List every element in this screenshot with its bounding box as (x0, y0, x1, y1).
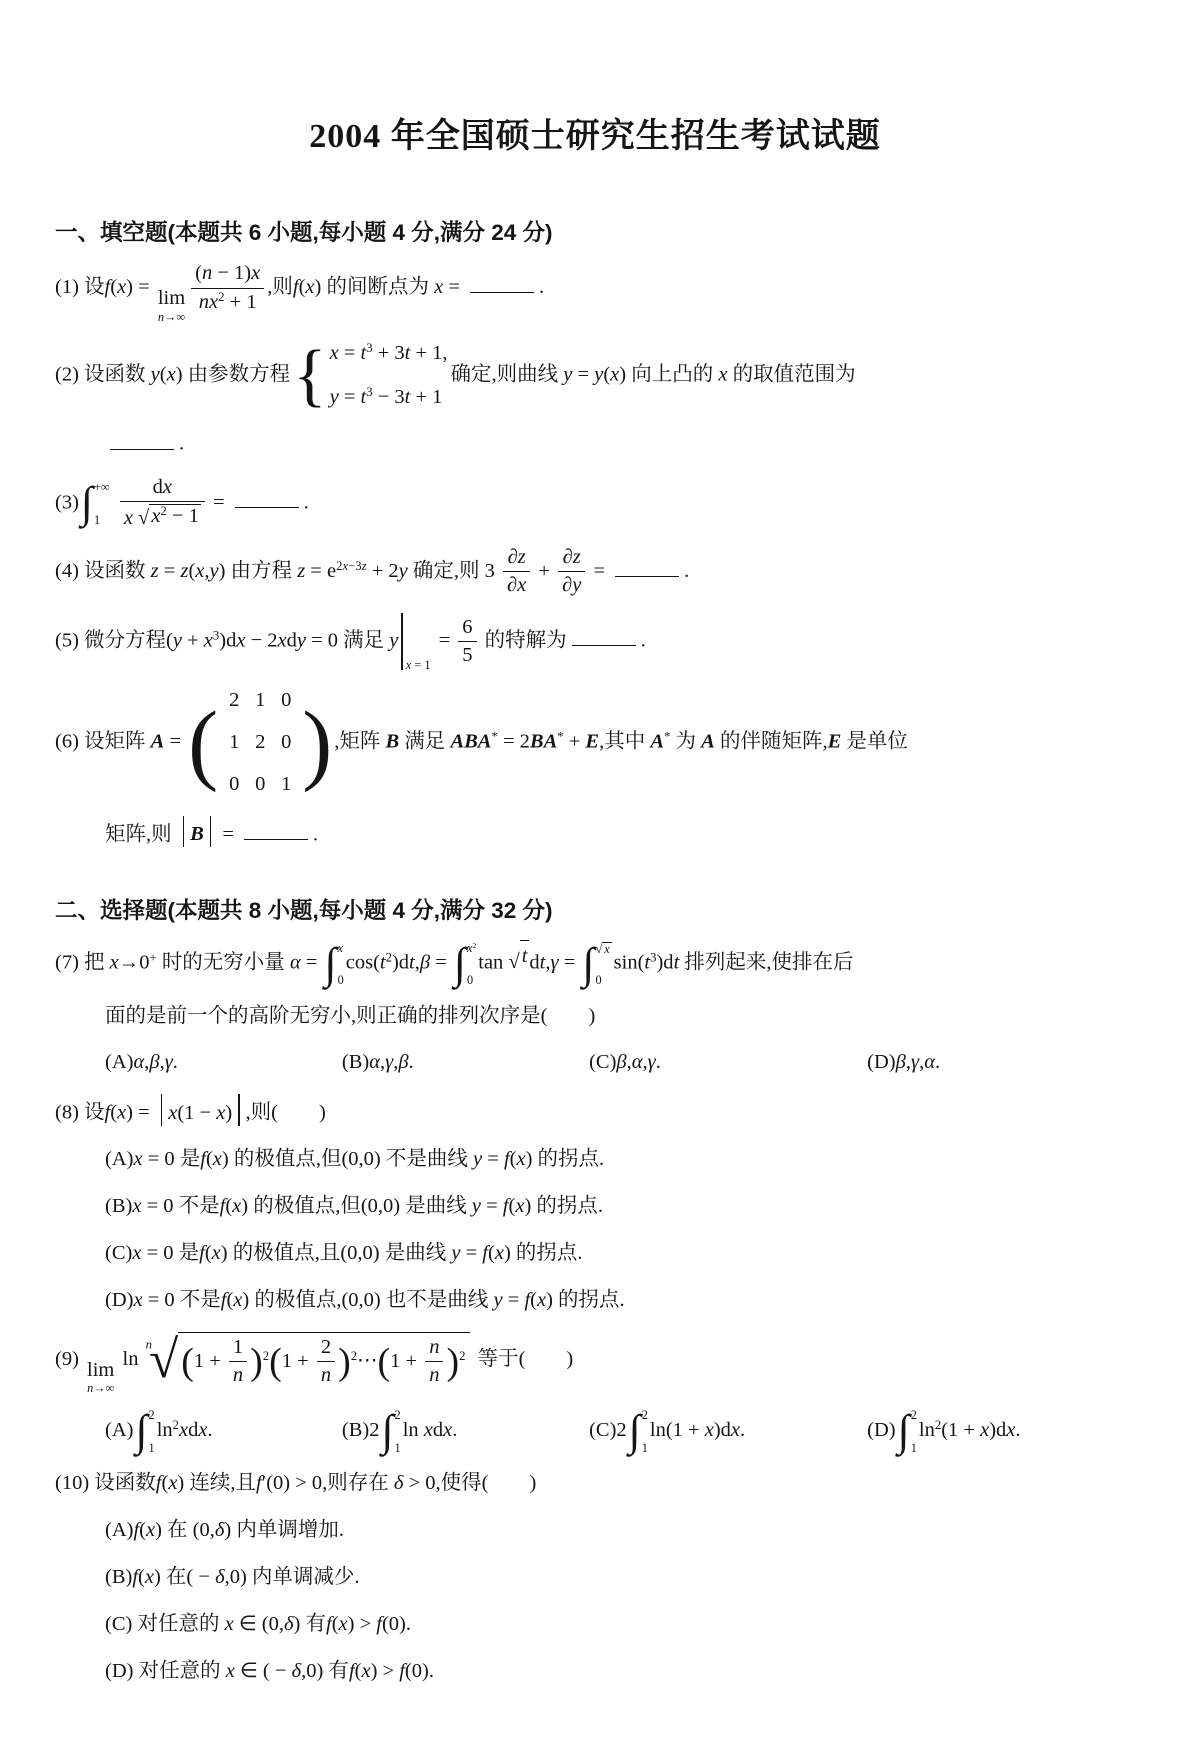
question-2-line: . (55, 428, 1135, 460)
fraction: ∂z∂x (503, 546, 530, 598)
section-1-heading: 一、填空题(本题共 6 小题,每小题 4 分,满分 24 分) (55, 215, 1135, 247)
question-6-line: (6) 设矩阵 A = (210120001),矩阵 B 满足 ABA* = 2… (55, 685, 1135, 800)
answer-blank (615, 555, 679, 577)
answer-blank (110, 428, 174, 450)
question-9-line: (9) limn→∞ ln n√(1 + 1n)2(1 + 2n)2⋯(1 + … (55, 1332, 1135, 1395)
question-4-line: (4) 设函数 z = z(x,y) 由方程 z = e2x−3z + 2y 确… (55, 546, 1135, 598)
integral: ∫21 (381, 1409, 400, 1453)
question-7-line: (7) 把 x→0+ 时的无穷小量 α = ∫x0cos(t2)dt,β = ∫… (55, 940, 1135, 986)
square-root: √t (508, 940, 529, 973)
integral: ∫21 (629, 1409, 648, 1453)
document-body: 一、填空题(本题共 6 小题,每小题 4 分,满分 24 分)(1) 设f(x)… (55, 215, 1135, 1687)
evaluated-at-bar: x = 1 (401, 613, 430, 670)
question-7-line: 面的是前一个的高阶无穷小,则正确的排列次序是( ) (55, 1001, 1135, 1033)
question-7-option-A: (A)α,β,γ. (105, 1047, 342, 1079)
parametric-equations: {x = t3 + 3t + 1,y = t3 − 3t + 1 (293, 338, 447, 414)
question-8-line: (C)x = 0 是f(x) 的极值点,且(0,0) 是曲线 y = f(x) … (55, 1238, 1135, 1270)
question-8-line: (B)x = 0 不是f(x) 的极值点,但(0,0) 是曲线 y = f(x)… (55, 1191, 1135, 1223)
section-2-heading: 二、选择题(本题共 8 小题,每小题 4 分,满分 32 分) (55, 893, 1135, 925)
question-5-line: (5) 微分方程(y + x3)dx − 2xdy = 0 满足 yx = 1 … (55, 613, 1135, 670)
question-9-option-B: (B)2∫21ln xdx. (342, 1409, 589, 1453)
question-10-line: (B)f(x) 在( − δ,0) 内单调减少. (55, 1562, 1135, 1594)
question-7-option-C: (C)β,α,γ. (589, 1047, 867, 1079)
question-10-line: (A)f(x) 在 (0,δ) 内单调增加. (55, 1515, 1135, 1547)
nth-root: n√(1 + 1n)2(1 + 2n)2⋯(1 + nn)2 (146, 1332, 471, 1388)
question-9-option-D: (D)∫21ln2(1 + x)dx. (867, 1409, 1135, 1453)
exam-paper: 2004 年全国硕士研究生招生考试试题 一、填空题(本题共 6 小题,每小题 4… (0, 0, 1190, 1742)
question-2-line: (2) 设函数 y(x) 由参数方程{x = t3 + 3t + 1,y = t… (55, 338, 1135, 414)
integral: ∫x20 (454, 942, 476, 986)
question-10-line: (10) 设函数f(x) 连续,且f′(0) > 0,则存在 δ > 0,使得(… (55, 1468, 1135, 1500)
question-8-line: (A)x = 0 是f(x) 的极值点,但(0,0) 不是曲线 y = f(x)… (55, 1144, 1135, 1176)
fraction: (n − 1)xnx2 + 1 (191, 262, 264, 314)
section-1: 一、填空题(本题共 6 小题,每小题 4 分,满分 24 分)(1) 设f(x)… (55, 215, 1135, 851)
page-title: 2004 年全国硕士研究生招生考试试题 (55, 108, 1135, 157)
question-10-line: (C) 对任意的 x ∈ (0,δ) 有f(x) > f(0). (55, 1609, 1135, 1641)
answer-blank (244, 819, 308, 841)
question-1-line: (1) 设f(x) = limn→∞(n − 1)xnx2 + 1,则f(x) … (55, 262, 1135, 323)
question-9-option-A: (A)∫21ln2xdx. (105, 1409, 342, 1453)
fraction: ∂z∂y (558, 546, 585, 598)
question-7-option-D: (D)β,γ,α. (867, 1047, 1135, 1079)
integral: ∫21 (898, 1409, 917, 1453)
question-8-line: (D)x = 0 不是f(x) 的极值点,(0,0) 也不是曲线 y = f(x… (55, 1285, 1135, 1317)
integral: ∫√x0 (582, 942, 611, 986)
fraction: nn (425, 1336, 443, 1388)
square-root: √x (595, 942, 611, 955)
answer-blank (572, 625, 636, 647)
question-9-options: (A)∫21ln2xdx.(B)2∫21ln xdx.(C)2∫21ln(1 +… (55, 1409, 1135, 1453)
fraction: 2n (317, 1336, 335, 1388)
integral: ∫21 (135, 1409, 154, 1453)
square-root: √x2 − 1 (138, 504, 201, 529)
fraction: dxx √x2 − 1 (120, 476, 205, 531)
question-7-options: (A)α,β,γ.(B)α,γ,β.(C)β,α,γ.(D)β,γ,α. (55, 1047, 1135, 1079)
question-6-line: 矩阵,则 B = . (55, 816, 1135, 851)
question-9-option-C: (C)2∫21ln(1 + x)dx. (589, 1409, 867, 1453)
section-2: 二、选择题(本题共 8 小题,每小题 4 分,满分 32 分)(7) 把 x→0… (55, 893, 1135, 1687)
absolute-value: x(1 − x) (155, 1102, 246, 1124)
question-7-option-B: (B)α,γ,β. (342, 1047, 589, 1079)
answer-blank (235, 486, 299, 508)
integral: ∫+∞1 (81, 481, 110, 525)
fraction: 65 (458, 616, 476, 668)
question-8-line: (8) 设f(x) = x(1 − x),则( ) (55, 1094, 1135, 1129)
absolute-value: B (177, 823, 217, 845)
limit: limn→∞ (87, 1360, 114, 1395)
answer-blank (470, 271, 534, 293)
integral: ∫x0 (325, 942, 344, 986)
limit: limn→∞ (158, 288, 185, 323)
matrix: (210120001) (188, 685, 332, 800)
fraction: 1n (229, 1336, 247, 1388)
question-3-line: (3)∫+∞1 dxx √x2 − 1 = . (55, 476, 1135, 531)
